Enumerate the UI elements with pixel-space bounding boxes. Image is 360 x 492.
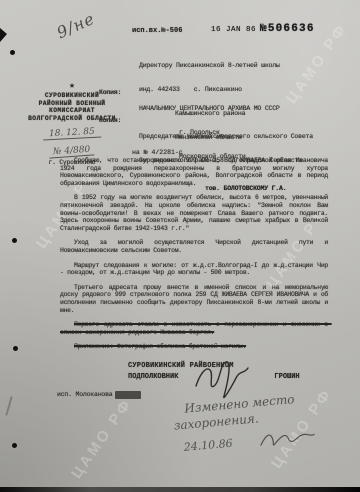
scanned-document: ЦАМО РФ ЦАМО РФ ЦАМО РФ ЦАМО РФ ЦАМО РФ … (0, 0, 360, 492)
hole-punch-mark (12, 238, 17, 243)
reference-number: на № 4/2281-с (132, 149, 183, 156)
hole-punch-mark (12, 443, 17, 448)
signature-block: СУРОВИКИНСКИЙ РАЙВОЕНКОМ ПОДПОЛКОВНИК ГР… (128, 362, 328, 381)
hole-punch-mark (13, 346, 18, 351)
letter-body: Сообщаю, что останки рядового 999 СП 258… (60, 157, 328, 358)
paragraph: Маршрут следования к могиле: от ж.д.ст.В… (60, 262, 328, 277)
executor-line: исп. Молоканова (57, 391, 141, 399)
copy-line: НАЧАЛЬНИКУ ЦЕНТРАЛЬНОГО АРХИВА МО СССР (139, 105, 280, 113)
scan-bottom-edge (0, 487, 360, 492)
note-date: 24.10.86 (183, 436, 233, 453)
paragraph: Уход за могилой осуществляется Чирской д… (60, 239, 328, 254)
paragraph: В 1952 году на могиле воздвигнут обелиск… (60, 194, 328, 232)
ink-smudge (115, 391, 141, 399)
executor-name: исп. Молоканова (57, 391, 113, 399)
copy-line: Председателю Новомаксимовского сельского… (139, 133, 313, 141)
handwritten-archival-note: Изменено место захоронения. 24.10.86 (184, 390, 317, 457)
handwritten-resolution-mark: 9/не (54, 9, 98, 42)
struck-out-attachment-line: Приложение: Фотография обелиска братской… (60, 343, 328, 351)
note-signature-autograph (257, 424, 317, 451)
incoming-number-note: исп.вх.№-506 (132, 27, 182, 35)
struck-out-paragraph: Первого адресата ставлю в известность о … (60, 321, 328, 336)
paragraph: Третьего адресата прошу внести в именной… (60, 284, 328, 314)
hole-punch-mark (10, 50, 15, 55)
archive-watermark: ЦАМО РФ (68, 395, 136, 482)
scan-edge-artifact (0, 28, 7, 42)
stamp-date: 16 JAN 86 (211, 26, 256, 34)
paragraph: Сообщаю, что останки рядового 999 СП 258… (60, 157, 328, 187)
recipient-line: Директору Пиксанкинской 8-летней школы (139, 62, 280, 70)
signer-rank: ПОДПОЛКОВНИК (128, 373, 178, 381)
signer-name: ГРОШИН (274, 373, 299, 381)
pencil-stroke-mark (5, 396, 12, 416)
stamp-number: №506636 (260, 23, 315, 35)
signature-autograph (190, 356, 254, 400)
handwritten-date: 18. 12. 85 (43, 127, 101, 141)
registration-date-stamp: 16 JAN 86 №506636 (211, 23, 315, 35)
